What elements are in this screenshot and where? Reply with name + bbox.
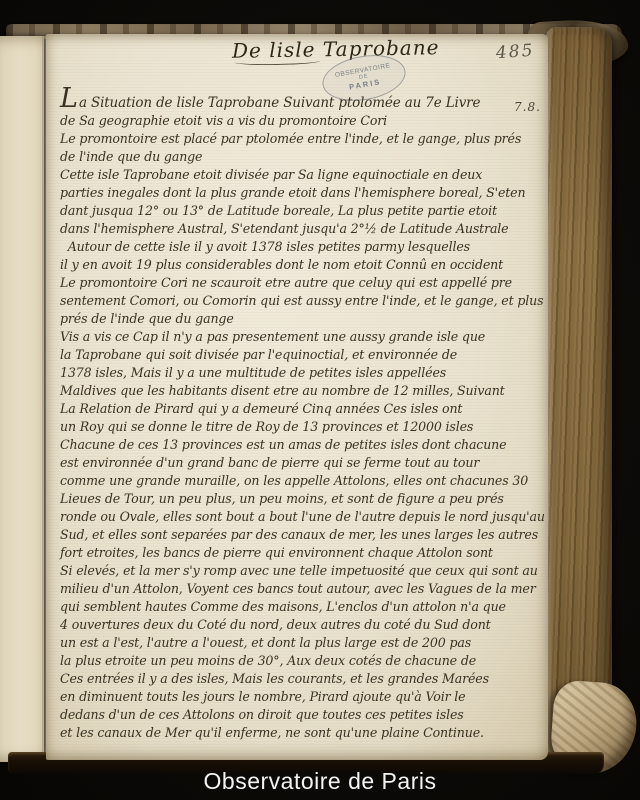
manuscript-line: La Situation de lisle Taprobane Suivant … bbox=[60, 94, 548, 112]
manuscript-line: Le promontoire est placé par ptolomée en… bbox=[60, 130, 548, 148]
manuscript-line: fort etroites, les bancs de pierre qui e… bbox=[60, 544, 548, 562]
manuscript-line: Lieues de Tour, un peu plus, un peu moin… bbox=[60, 490, 548, 508]
manuscript-body: La Situation de lisle Taprobane Suivant … bbox=[60, 94, 548, 742]
stamp-line-3: PARIS bbox=[348, 77, 381, 91]
manuscript-line: Maldives que les habitants disent etre a… bbox=[60, 382, 548, 400]
manuscript-line: la Taprobane qui soit divisée par l'equi… bbox=[60, 346, 548, 364]
manuscript-line: Vis a vis ce Cap il n'y a pas presenteme… bbox=[60, 328, 548, 346]
manuscript-line: 4 ouvertures deux du Coté du nord, deux … bbox=[60, 616, 548, 634]
manuscript-line: qui semblent hautes Comme des maisons, L… bbox=[60, 598, 548, 616]
manuscript-line: il y en avoit 19 plus considerables dont… bbox=[60, 256, 548, 274]
manuscript-line: sentement Comori, ou Comorin qui est aus… bbox=[60, 292, 548, 310]
manuscript-line: dedans d'un de ces Attolons on diroit qu… bbox=[60, 706, 548, 724]
manuscript-line: Le promontoire Cori ne scauroit etre aut… bbox=[60, 274, 548, 292]
manuscript-line: en diminuent touts les jours le nombre, … bbox=[60, 688, 548, 706]
manuscript-line: ronde ou Ovale, elles sont bout a bout l… bbox=[60, 508, 548, 526]
manuscript-line: Sud, et elles sont separées par des cana… bbox=[60, 526, 548, 544]
manuscript-line: Si elevés, et la mer s'y romp avec une t… bbox=[60, 562, 548, 580]
manuscript-line: la plus etroite un peu moins de 30°, Aux… bbox=[60, 652, 548, 670]
manuscript-line: est environnée d'un grand banc de pierre… bbox=[60, 454, 548, 472]
page-number: 485 bbox=[495, 41, 535, 64]
page-title: De lisle Taprobane bbox=[232, 35, 440, 63]
manuscript-line: 1378 isles, Mais il y a une multitude de… bbox=[60, 364, 548, 382]
manuscript-line: de l'inde que du gange bbox=[60, 148, 548, 166]
manuscript-line: La Relation de Pirard qui y a demeuré Ci… bbox=[60, 400, 548, 418]
archive-photo: De lisle Taprobane 485 OBSERVATOIRE DE P… bbox=[0, 0, 640, 800]
photo-caption: Observatoire de Paris bbox=[0, 768, 640, 796]
manuscript-line: Ces entrées il y a des isles, Mais les c… bbox=[60, 670, 548, 688]
manuscript-line: parties inegales dont la plus grande eto… bbox=[60, 184, 548, 202]
manuscript-line: prés de l'inde que du gange bbox=[60, 310, 548, 328]
manuscript-line: un Roy qui se donne le titre de Roy de 1… bbox=[60, 418, 548, 436]
manuscript-line: Chacune de ces 13 provinces est un amas … bbox=[60, 436, 548, 454]
manuscript-line: milieu d'un Attolon, Voyent ces bancs to… bbox=[60, 580, 548, 598]
manuscript-line: Autour de cette isle il y avoit 1378 isl… bbox=[60, 238, 548, 256]
manuscript-line: de Sa geographie etoit vis a vis du prom… bbox=[60, 112, 548, 130]
manuscript-line: un est a l'est, l'autre a l'ouest, et do… bbox=[60, 634, 548, 652]
facing-page-sliver bbox=[0, 36, 44, 762]
manuscript-line: dant jusqua 12° ou 13° de Latitude borea… bbox=[60, 202, 548, 220]
manuscript-line: comme une grande muraille, on les appell… bbox=[60, 472, 548, 490]
manuscript-page: De lisle Taprobane 485 OBSERVATOIRE DE P… bbox=[46, 34, 548, 760]
manuscript-line: Cette isle Taprobane etoit divisée par S… bbox=[60, 166, 548, 184]
manuscript-line: et les canaux de Mer qu'il enferme, ne s… bbox=[60, 724, 548, 742]
book-fore-edge bbox=[546, 27, 612, 767]
manuscript-line: dans l'hemisphere Austral, S'etendant ju… bbox=[60, 220, 548, 238]
